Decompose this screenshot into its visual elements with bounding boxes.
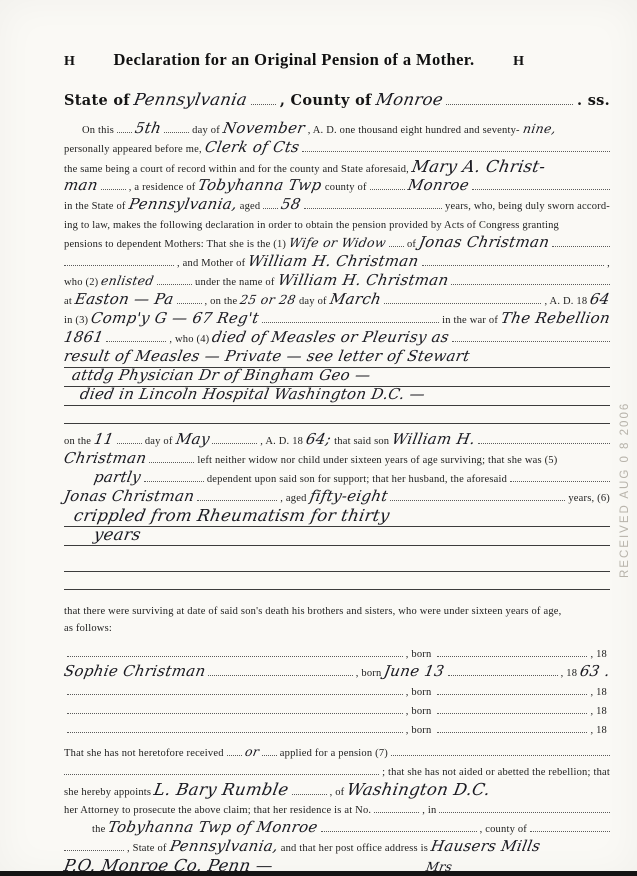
war-year-value: 1861 (63, 330, 105, 345)
enlist-place-value: Easton — Pa (74, 292, 175, 307)
dotted-blank (64, 840, 124, 851)
form-header: H Declaration for an Original Pension of… (64, 50, 610, 74)
death-son-name-1: William H. (391, 432, 477, 447)
attorney-of-label: , of (330, 783, 345, 802)
disability-line-1: crippled from Rheumatism for thirty (64, 508, 610, 527)
dotted-blank (177, 293, 202, 304)
company-value: Comp'y G — 67 Reg't (90, 311, 260, 326)
born-label: , born (406, 702, 432, 721)
dotted-blank (67, 722, 403, 733)
dotted-blank (439, 802, 610, 813)
sibling-row: , born , 18 (64, 721, 610, 740)
po-value: Hausers Mills (430, 839, 542, 854)
dotted-blank (164, 122, 189, 133)
siblings-intro-line-2: as follows: (64, 621, 610, 637)
dotted-blank (212, 433, 257, 444)
dotted-blank (422, 255, 604, 266)
court-line: the same being a court of record within … (64, 159, 610, 178)
dotted-blank (197, 490, 277, 501)
year-18-label: , 18 (590, 683, 607, 702)
relation-value: Wife or Widow (288, 237, 387, 250)
dotted-blank (101, 179, 126, 190)
form-content: H Declaration for an Original Pension of… (64, 50, 610, 876)
state-of-value: Pennsylvania, (127, 197, 238, 212)
dotted-blank (149, 452, 194, 463)
year-18-label: , 18 (561, 664, 578, 683)
section-mark-left: H (64, 54, 75, 70)
mother-of-label: , and Mother of (177, 254, 245, 273)
closing-state-value: Pennsylvania, (168, 839, 279, 854)
dotted-blank (451, 274, 610, 285)
son-trailing-comma: , (607, 254, 610, 273)
dotted-blank (227, 745, 242, 756)
dotted-blank (208, 665, 352, 676)
dotted-blank (302, 141, 610, 152)
sibling-row: , born , 18 (64, 702, 610, 721)
enlist-name-value: William H. Christman (276, 273, 449, 288)
sibling-row: Sophie Christman , born June 13 , 18 63 … (64, 664, 610, 683)
dotted-blank (448, 665, 558, 676)
under-name-label: under the name of (195, 273, 275, 292)
the-label: the (92, 820, 105, 839)
dotted-blank (374, 802, 419, 813)
county-value: Monroe (374, 92, 444, 109)
in-label: , in (422, 801, 436, 820)
dotted-blank (117, 433, 142, 444)
age-value: 58 (280, 197, 302, 212)
sibling-born: June 13 (383, 664, 446, 679)
applied-text: applied for a pension (7) (280, 744, 388, 763)
dotted-blank (389, 236, 404, 247)
dotted-blank (391, 745, 610, 756)
enlist-year-value: 64 (589, 292, 611, 307)
disability-text-2: years (93, 527, 143, 544)
received-stamp: RECEIVED AUG 0 8 2006 (619, 386, 631, 594)
dotted-blank (144, 471, 204, 482)
dotted-blank (370, 179, 405, 190)
siblings-intro-text-1: that there were surviving at date of sai… (64, 602, 561, 621)
appoints-line: she hereby appoints L. Bary Rumble , of … (64, 782, 610, 801)
dotted-blank (262, 745, 277, 756)
section-mark-right: H (513, 54, 524, 70)
dotted-blank (384, 293, 542, 304)
dotted-blank (437, 722, 587, 733)
son-name-value: William H. Christman (247, 254, 420, 269)
dotted-blank (67, 684, 403, 695)
sibling-row: , born , 18 (64, 683, 610, 702)
dotted-blank (321, 821, 477, 832)
death-ad-label: , A. D. 18 (260, 432, 303, 451)
dotted-blank (67, 646, 403, 657)
ss-label: . ss. (577, 87, 610, 115)
cause-of-death-3: attdg Physician Dr of Bingham Geo — (71, 368, 372, 383)
dotted-blank (251, 94, 276, 105)
attorney-place-value: Washington D.C. (346, 782, 492, 799)
dotted-blank (478, 433, 610, 444)
claimant-name-2: man (63, 178, 99, 193)
enlist-month-value: March (328, 292, 382, 307)
no-widow-line: Christman left neither widow nor child u… (64, 451, 610, 470)
dotted-blank (64, 255, 174, 266)
death-day-value: 11 (93, 432, 115, 447)
no-widow-text: left neither widow nor child under sixte… (197, 451, 557, 470)
death-cause-line-4: died in Lincoln Hospital Washington D.C.… (64, 387, 610, 406)
date-line: On this 5th day of November , A. D. one … (64, 121, 610, 140)
attorney-name-value: L. Bary Rumble (153, 782, 290, 799)
cause-of-death-2: result of Measles — Private — see letter… (63, 349, 471, 364)
dotted-blank (117, 122, 132, 133)
scanned-document-page: H Declaration for an Original Pension of… (0, 0, 637, 876)
partly-value: partly (93, 470, 142, 485)
dotted-blank (446, 94, 573, 105)
age-line: in the State of Pennsylvania, aged 58 ye… (64, 197, 610, 216)
death-day-of-label: day of (145, 432, 173, 451)
dotted-blank (304, 198, 442, 209)
war-value: The Rebellion (500, 311, 612, 326)
siblings-intro-text-2: as follows: (64, 621, 112, 637)
blank-rule-line (64, 406, 610, 424)
born-label: , born (356, 664, 382, 683)
disability-line-2: years (64, 527, 610, 546)
blank-rule-line (64, 554, 610, 572)
month-value: November (222, 121, 306, 136)
dotted-blank (263, 198, 278, 209)
blank-rule-line (64, 572, 610, 590)
po-label: and that her post office address is (281, 839, 428, 858)
enlisted-value: enlisted (100, 275, 155, 288)
at-label: at (64, 292, 72, 311)
dotted-blank (292, 784, 327, 795)
dotted-blank (530, 821, 610, 832)
sibling-year: 63 . (579, 664, 611, 679)
death-month-value: May (174, 432, 210, 447)
years6-label: years, (6) (568, 489, 610, 508)
husband-age-value: fifty-eight (308, 489, 388, 504)
siblings-intro-line-1: that there were surviving at date of sai… (64, 602, 610, 621)
dotted-blank (390, 490, 565, 501)
year-18-label: , 18 (590, 721, 607, 740)
state-label: State of (64, 87, 130, 115)
clerk-value: Clerk of Cts (203, 140, 300, 155)
year-18-label: , 18 (590, 702, 607, 721)
death-son-name-2: Christman (63, 451, 148, 466)
on-this-label: On this (82, 121, 114, 140)
residence-county-value: Monroe (406, 178, 470, 193)
death-year-value: 64; (305, 432, 333, 447)
dotted-blank (510, 471, 610, 482)
dotted-blank (64, 764, 379, 775)
dotted-blank (437, 684, 587, 695)
state-of-label: in the State of (64, 197, 126, 216)
born-label: , born (406, 683, 432, 702)
year-word-value: nine, (522, 123, 557, 136)
born-label: , born (406, 721, 432, 740)
dotted-blank (472, 179, 610, 190)
residence-county-label: county of (325, 178, 367, 197)
dotted-blank (552, 236, 610, 247)
not-received-text: That she has not heretofore received (64, 744, 224, 763)
scan-edge-bar (0, 871, 637, 876)
enlist-day-value: 25 or 28 (239, 294, 297, 307)
day-value: 5th (134, 121, 163, 136)
claimant-name-1: Mary A. Christ- (411, 159, 547, 176)
husband-name-2: Jonas Christman (63, 489, 196, 504)
state-value: Pennsylvania (132, 92, 248, 109)
form-title: Declaration for an Original Pension of a… (113, 50, 474, 70)
or-value: or (244, 746, 260, 759)
sibling-name: Sophie Christman (63, 664, 207, 679)
husband-name-value: Jonas Christman (418, 235, 551, 250)
that-said-son-label: that said son (334, 432, 389, 451)
dotted-blank (437, 646, 587, 657)
enlist-day-of-label: day of (299, 292, 327, 311)
cause-of-death-1: died of Measles or Pleurisy as (211, 330, 451, 345)
dotted-blank (106, 331, 166, 342)
cause-of-death-4: died in Lincoln Hospital Washington D.C.… (79, 387, 427, 402)
dotted-blank (157, 274, 192, 285)
county-label: , County of (280, 87, 372, 115)
dotted-blank (437, 703, 587, 714)
state-county-line: State of Pennsylvania , County of Monroe… (64, 87, 610, 115)
dotted-blank (452, 331, 610, 342)
aged-label: aged (240, 197, 261, 216)
not-received-line: That she has not heretofore received or … (64, 744, 610, 763)
residence-twp-value: Tobyhanna Twp of Monroe (107, 820, 319, 835)
residence-value: Tobyhanna Twp (197, 178, 323, 193)
appoints-label: she hereby appoints (64, 783, 151, 802)
ad-label: , A. D. one thousand eight hundred and s… (308, 121, 520, 140)
disability-text-1: crippled from Rheumatism for thirty (73, 508, 391, 525)
dotted-blank (262, 312, 439, 323)
dotted-blank (67, 703, 403, 714)
appeared-label: personally appeared before me, (64, 140, 202, 159)
rebellion-line: ; that she has not aided or abetted the … (64, 763, 610, 782)
years-sworn-label: years, who, being duly sworn accord- (445, 197, 610, 216)
